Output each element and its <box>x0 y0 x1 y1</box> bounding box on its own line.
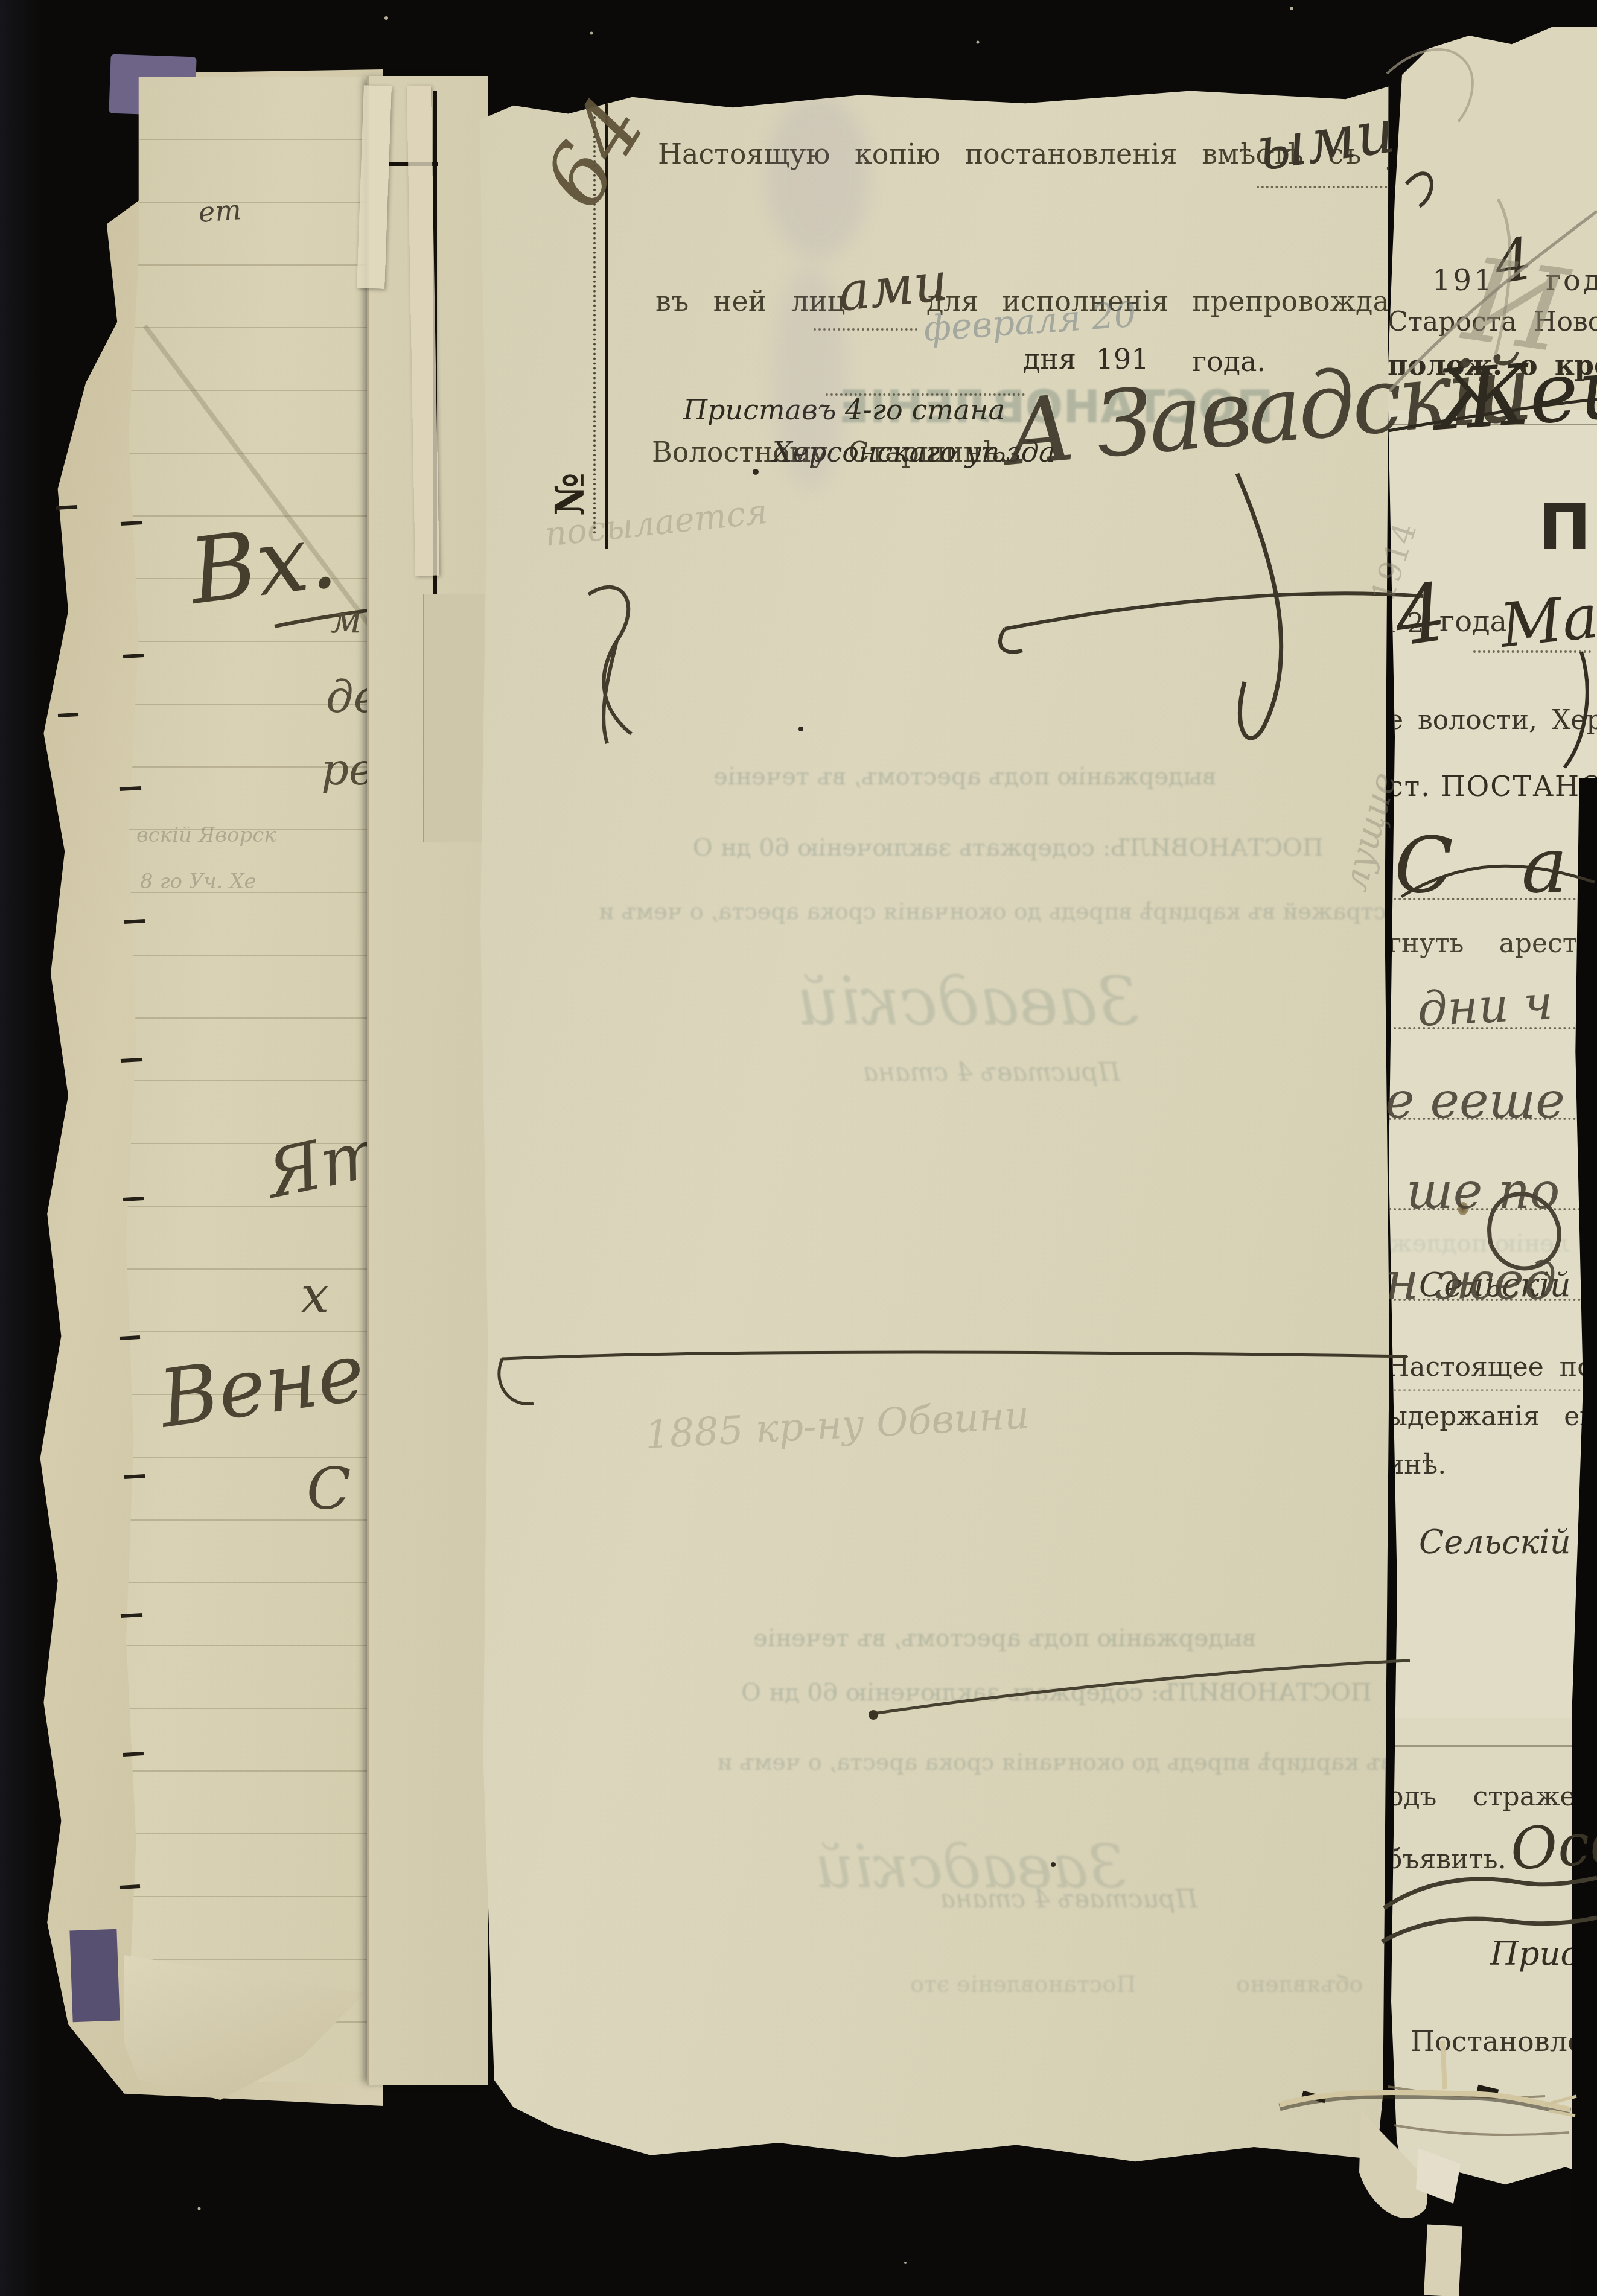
year-top-pre: 191 <box>1432 264 1495 297</box>
selsky-line-2: Сельскій С <box>1419 1523 1597 1561</box>
line1-dotted <box>1257 186 1406 188</box>
ine-line: инѣ. <box>1386 1449 1446 1480</box>
bleed-a-row4: Приставъ 4 стана <box>863 1057 1120 1087</box>
no-dotted-rule <box>593 112 596 534</box>
date2-dotted-line <box>1473 650 1591 653</box>
dotted-row-5 <box>1384 1389 1595 1391</box>
year-top-post: года <box>1546 264 1597 297</box>
no-solid-rule <box>605 100 608 549</box>
date-post: года. <box>1192 345 1266 378</box>
paper-tab <box>423 594 488 842</box>
dotted-row-3 <box>1384 1208 1595 1210</box>
bleed-b-row5: Постановленіе это <box>910 1971 1136 1997</box>
date2-pre: 1 2 <box>1382 608 1424 639</box>
bleed-a-row1: выдержанію подъ арестомъ, въ теченіе <box>713 763 1216 790</box>
right-doc-seam-bottom <box>1384 1745 1597 1747</box>
bleed-b-row1: выдержанію подъ арестомъ, въ теченіе <box>753 1624 1256 1652</box>
year-top-line: 1914 года — <box>1432 237 1597 304</box>
date2-goda: года <box>1439 605 1507 638</box>
starosta-line: Староста Ново-Бугс <box>1388 307 1597 337</box>
no-label: № <box>546 472 593 516</box>
year-top-hw: 4 <box>1490 224 1539 297</box>
vyderzhanie-line: ыдержанія его по <box>1386 1401 1597 1432</box>
bleed-b-row2: ПОСТАНОВИЛЪ: содержать заключенію 60 дн … <box>741 1679 1372 1706</box>
strazhey-line: одъ стражей въ <box>1388 1781 1597 1812</box>
violet-smudge-1 <box>767 95 869 258</box>
date-pre: дня 191 <box>1023 343 1149 375</box>
polozh-line: полож. о крест. ПО <box>1388 349 1597 381</box>
nastoyaschee-line: Настоящее постанов <box>1386 1352 1597 1382</box>
violet-paper-bottom <box>69 1929 120 2023</box>
lined-manuscript-page <box>124 77 372 2082</box>
arrest-line: гнуть аресту пр <box>1388 928 1597 959</box>
dotted-row-2 <box>1384 1118 1595 1120</box>
right-doc-seam-top <box>1384 424 1597 425</box>
violet-smudge-2 <box>774 266 846 489</box>
postanovlenie-line: Постановленіе з <box>1411 2025 1597 2058</box>
volost-line: е волости, Херсонс <box>1388 705 1597 736</box>
right-doc-bleed-fragment: ленію подлеж <box>1390 1230 1569 1258</box>
scan-background <box>0 0 42 2296</box>
right-document: 1914 года — Староста Ново-Бугс полож. о … <box>1384 18 1597 2198</box>
bleed-a-row2: ПОСТАНОВИЛЪ: содержать заключенію 60 дн … <box>693 834 1324 862</box>
archival-scan-page: { "colors": { "background": "#0b0a08", "… <box>0 0 1597 2296</box>
postanovlenie-header-fragment: ПО <box>1538 490 1597 564</box>
dotted-row-1 <box>1384 1027 1595 1029</box>
selsky-line-1: Сельскій С <box>1419 1266 1597 1304</box>
main-document: № Настоящую копію постановленія вмѣстѣ с… <box>477 84 1391 2178</box>
bleed-a-row3: съ стражей въ карцирѣ впредь до окончані… <box>599 898 1421 924</box>
obyavit-line: бъявить. <box>1386 1844 1506 1875</box>
dotted-line-sa <box>1384 898 1595 900</box>
bleed-b-row6: объявлено <box>1236 1971 1363 1997</box>
bottom-right-tape <box>1424 2225 1462 2296</box>
postanovil-line: ст. ПОСТАНОВИЛЪ <box>1388 770 1597 803</box>
bleed-b-row4: Приставъ 4 стана <box>940 1884 1197 1913</box>
worm-hole <box>1458 1202 1468 1215</box>
bleed-a-signature: Завадскій <box>797 962 1139 1040</box>
